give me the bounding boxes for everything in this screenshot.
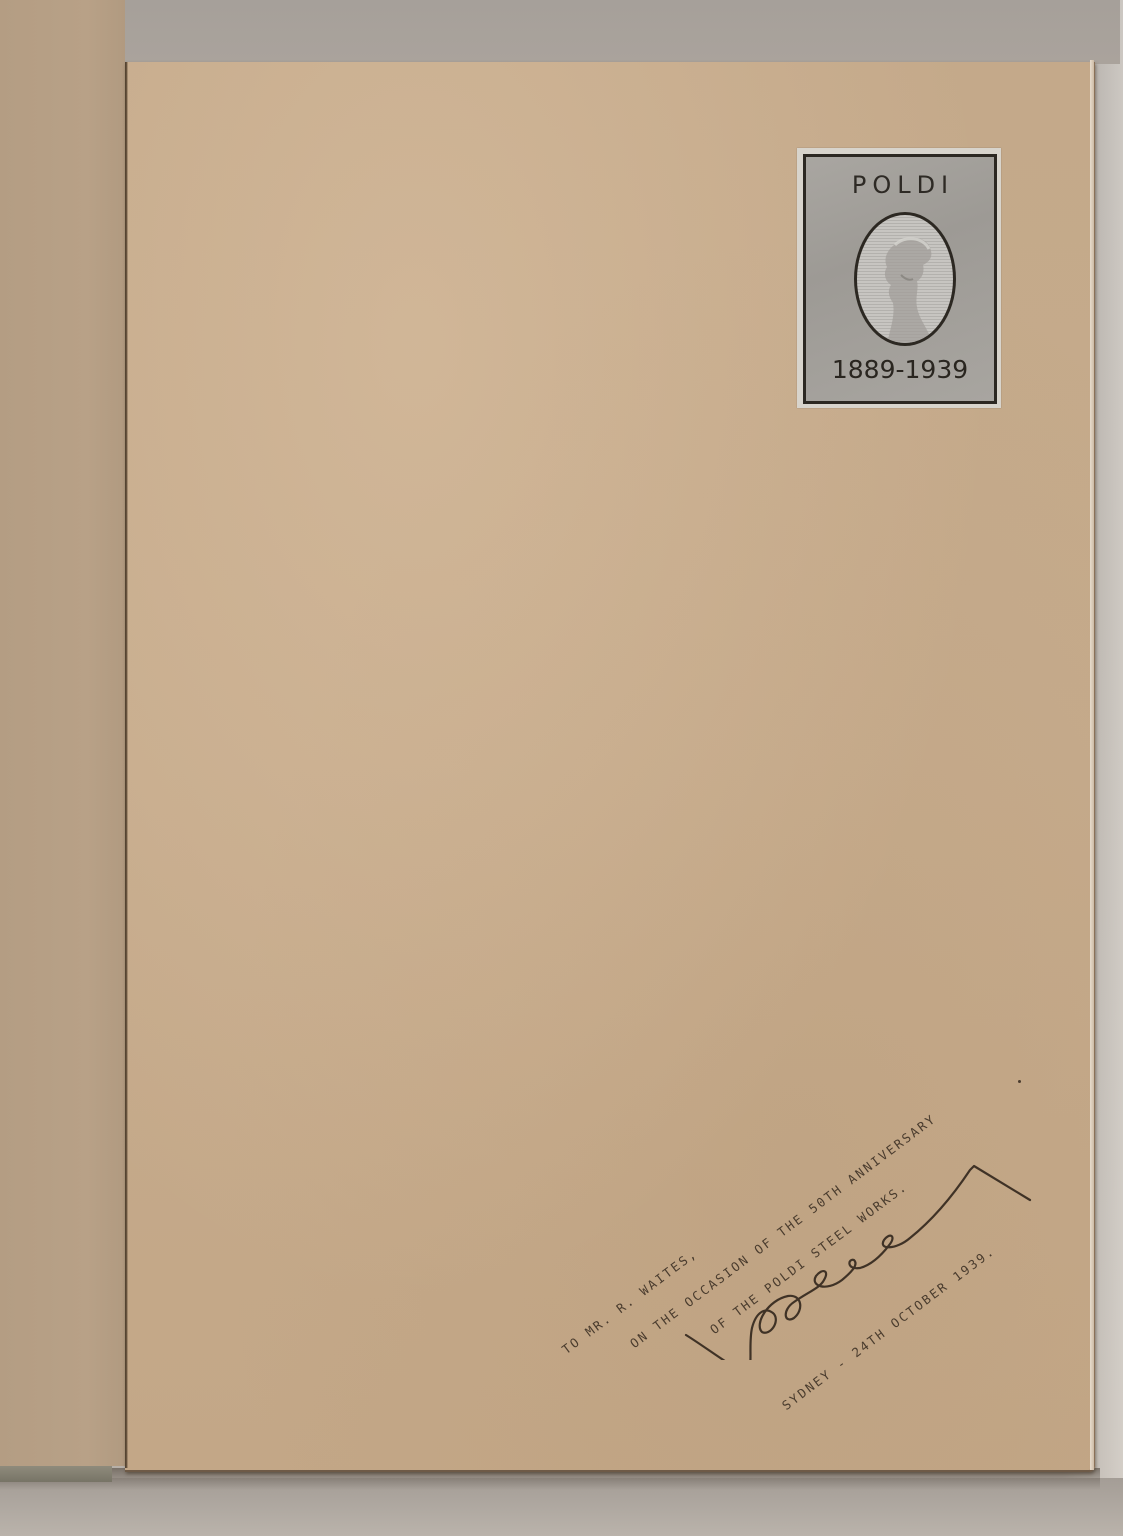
poldi-commemorative-label: POLDI 1889-1939 xyxy=(797,148,1001,408)
cameo-portrait-icon xyxy=(854,212,956,346)
handwritten-signature-icon xyxy=(670,1110,1050,1360)
left-cover-edge xyxy=(0,1466,112,1482)
label-brand-text: POLDI xyxy=(806,171,994,199)
label-years-text: 1889-1939 xyxy=(806,355,994,384)
spine-crease xyxy=(125,62,128,1468)
profile-head-icon xyxy=(857,215,953,343)
page-fore-edge xyxy=(1090,60,1094,1470)
table-surface-top xyxy=(60,0,1120,64)
label-frame: POLDI 1889-1939 xyxy=(803,154,997,404)
left-cover-board xyxy=(0,0,125,1466)
ink-dot xyxy=(1018,1080,1021,1083)
